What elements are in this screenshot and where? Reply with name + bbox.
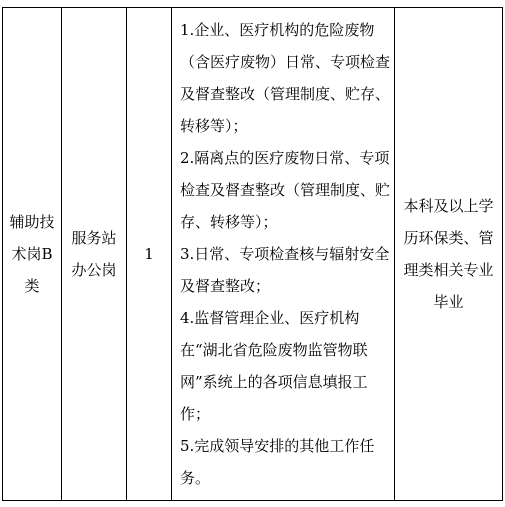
cell-post-category: 辅助技术岗B类 (3, 8, 62, 501)
cell-headcount: 1 (127, 8, 172, 501)
qualification-text: 本科及以上学历环保类、管理类相关专业毕业 (401, 190, 496, 318)
cell-duties: 1.企业、医疗机构的危险废物（含医疗废物）日常、专项检查及督查整改（管理制度、贮… (172, 8, 395, 501)
duty-item-1: 1.企业、医疗机构的危险废物（含医疗废物）日常、专项检查及督查整改（管理制度、贮… (180, 14, 390, 142)
headcount-text: 1 (130, 238, 168, 270)
duty-item-5: 5.完成领导安排的其他工作任务。 (180, 430, 390, 494)
station-text: 服务站办公岗 (65, 222, 123, 286)
cell-qualification: 本科及以上学历环保类、管理类相关专业毕业 (395, 8, 503, 501)
table-row: 辅助技术岗B类 服务站办公岗 1 1.企业、医疗机构的危险废物（含医疗废物）日常… (3, 8, 503, 501)
duty-item-2: 2.隔离点的医疗废物日常、专项检查及督查整改（管理制度、贮存、转移等）； (180, 142, 390, 238)
post-category-text: 辅助技术岗B类 (6, 206, 58, 302)
recruitment-table: 辅助技术岗B类 服务站办公岗 1 1.企业、医疗机构的危险废物（含医疗废物）日常… (2, 7, 503, 501)
duty-item-4: 4.监督管理企业、医疗机构在“湖北省危险废物监管物联网”系统上的各项信息填报工作… (180, 302, 390, 430)
document-page: 辅助技术岗B类 服务站办公岗 1 1.企业、医疗机构的危险废物（含医疗废物）日常… (0, 0, 505, 507)
cell-station: 服务站办公岗 (62, 8, 127, 501)
duty-item-3: 3.日常、专项检查核与辐射安全及督查整改； (180, 238, 390, 302)
